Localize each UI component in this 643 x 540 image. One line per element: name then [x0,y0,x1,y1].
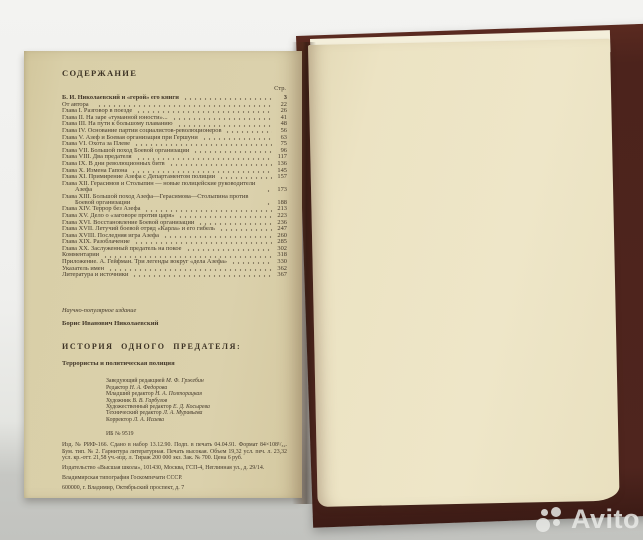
staff-list: Заведующий редакцией М. Ф. Гржебин Редак… [106,378,287,423]
ib-number: ИБ № 9519 [106,431,287,437]
dot-leader [108,269,272,271]
book-photo-scene: СОДЕРЖАНИЕ Стр. Б. И. Николаевский и «ге… [0,0,643,540]
dot-leader [169,164,272,166]
toc-entry-page: 157 [275,174,287,180]
dot-leader [266,190,272,192]
blank-right-page [308,39,620,507]
contents-page: СОДЕРЖАНИЕ Стр. Б. И. Николаевский и «ге… [24,51,302,498]
staff-name: Л. А. Исаева [133,417,164,423]
staff-name: Н. А. Полторацкая [155,391,202,397]
toc-entry-page: 173 [275,187,287,193]
logo-circle-tiny [553,519,560,526]
avito-logo-icon [536,505,566,535]
staff-role: Корректор [106,417,133,423]
staff-name: В. В. Гарбузов [132,398,167,404]
toc-entry-label: Глава XIII. Большой поход Азефа—Герасимо… [62,194,262,206]
dot-leader [225,131,272,133]
imprint-paragraph: 600000, г. Владимир, Октябрьский проспек… [62,485,287,491]
staff-name: М. Ф. Гржебин [166,378,204,384]
dot-leader [186,249,272,251]
dot-leader [231,262,272,264]
toc-row: Б. И. Николаевский и «герой» его книги 3 [62,95,287,101]
contents-heading: СОДЕРЖАНИЕ [62,68,287,78]
staff-line: Корректор Л. А. Исаева [106,417,287,423]
imprint-paragraph: Издательство «Высшая школа», 101430, Мос… [62,465,287,471]
staff-name: Н. А. Федорова [130,385,168,391]
toc-row: Литература и источники 367 [62,272,287,278]
toc-entry-page: 367 [275,272,287,278]
toc-row: Глава XII. Герасимов и Столыпин — новые … [62,181,287,193]
dot-leader [178,216,272,218]
toc-entry-label: Глава XII. Герасимов и Столыпин — новые … [62,181,262,193]
page-column-header: Стр. [62,85,287,92]
watermark-label: Avito [571,504,640,535]
staff-role: Заведующий редакцией [106,378,166,384]
logo-circle-small [541,509,548,516]
dot-leader [202,138,272,140]
book-title: ИСТОРИЯ ОДНОГО ПРЕДАТЕЛЯ: [62,342,287,351]
logo-circle-medium [551,507,561,517]
dot-leader [132,275,272,277]
imprint-block: Изд. № РИФ-166. Сдано в набор 13.12.90. … [62,442,287,491]
dot-leader [193,151,272,153]
dot-leader [172,118,272,120]
toc-entry-label: Литература и источники [62,272,128,278]
avito-watermark: Avito [536,504,640,535]
book-subtitle: Террористы и политическая полиция [62,360,287,367]
dot-leader [219,229,272,231]
imprint-paragraph: Владимирская типография Госкомпечати ССС… [62,475,287,481]
toc-list: Б. И. Николаевский и «герой» его книги 3… [62,95,287,278]
imprint-paragraph: Изд. № РИФ-166. Сдано в набор 13.12.90. … [62,442,287,461]
staff-role: Редактор [106,385,130,391]
staff-role: Технический редактор [106,410,163,416]
contents-page-body: СОДЕРЖАНИЕ Стр. Б. И. Николаевский и «ге… [24,51,302,491]
toc-row: Глава XIII. Большой поход Азефа—Герасимо… [62,194,287,206]
logo-circle-large [536,518,550,532]
dot-leader [163,236,272,238]
staff-role: Художник [106,398,132,404]
edition-note: Научно-популярное издание [62,307,287,314]
staff-role: Младший редактор [106,391,155,397]
staff-name: Л. А. Муравьева [163,410,203,416]
author-name: Борис Иванович Николаевский [62,320,287,327]
dot-leader [183,98,272,100]
dot-leader [266,203,272,205]
